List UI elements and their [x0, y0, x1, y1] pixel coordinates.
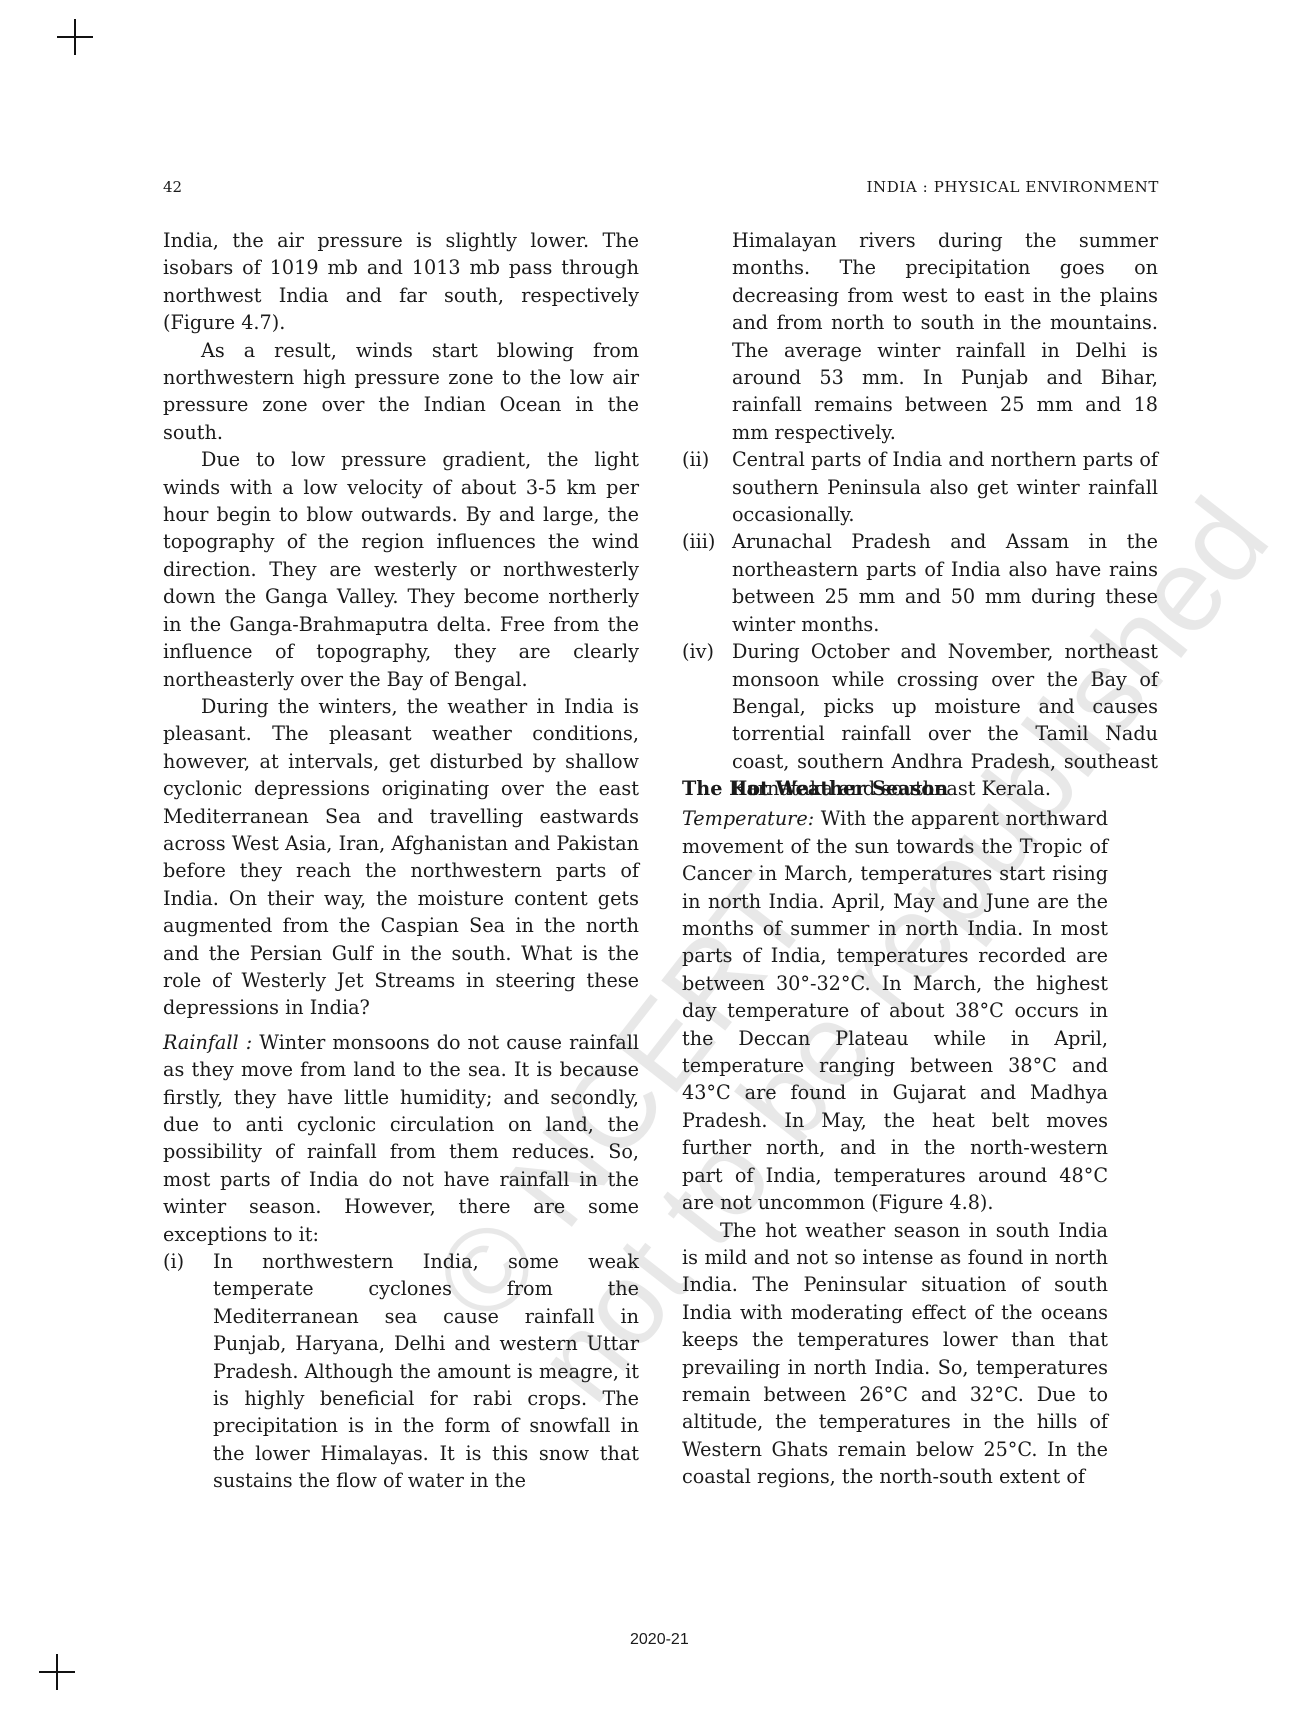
- temperature-lead: Temperature:: [682, 807, 814, 830]
- list-item: (iii) Arunachal Pradesh and Assam in the…: [682, 528, 1158, 638]
- list-item-number: (iii): [682, 528, 732, 638]
- temperature-text: With the apparent northward movement of …: [682, 807, 1108, 1214]
- crop-mark-icon: [39, 1654, 75, 1690]
- temperature-paragraph: Temperature: With the apparent northward…: [682, 805, 1108, 1216]
- list-item-text: In northwestern India, some weak tempera…: [213, 1248, 639, 1495]
- paragraph: Due to low pressure gradient, the light …: [163, 446, 639, 693]
- list-item-number: (i): [163, 1248, 213, 1495]
- right-column-hot-season: The Hot Weather Season Temperature: With…: [682, 775, 1108, 1491]
- running-head: INDIA : PHYSICAL ENVIRONMENT: [866, 178, 1159, 196]
- right-column: Himalayan rivers during the summer month…: [682, 227, 1158, 803]
- footer-year: 2020-21: [630, 1631, 689, 1649]
- page-number: 42: [163, 178, 182, 196]
- crop-mark-icon: [57, 19, 93, 55]
- paragraph: As a result, winds start blowing from no…: [163, 337, 639, 447]
- left-column: India, the air pressure is slightly lowe…: [163, 227, 639, 1495]
- paragraph: During the winters, the weather in India…: [163, 693, 639, 1022]
- list-item-continuation: Himalayan rivers during the summer month…: [682, 227, 1158, 446]
- list-item-text: Arunachal Pradesh and Assam in the north…: [732, 528, 1158, 638]
- list-item: (i) In northwestern India, some weak tem…: [163, 1248, 639, 1495]
- section-heading: The Hot Weather Season: [682, 775, 1108, 802]
- rainfall-lead: Rainfall :: [163, 1031, 252, 1054]
- rainfall-paragraph: Rainfall : Winter monsoons do not cause …: [163, 1029, 639, 1248]
- list-item-number: (ii): [682, 446, 732, 528]
- rainfall-text: Winter monsoons do not cause rainfall as…: [163, 1031, 639, 1246]
- paragraph: India, the air pressure is slightly lowe…: [163, 227, 639, 337]
- list-item: (ii) Central parts of India and northern…: [682, 446, 1158, 528]
- paragraph: The hot weather season in south India is…: [682, 1217, 1108, 1491]
- list-item-text: Central parts of India and northern part…: [732, 446, 1158, 528]
